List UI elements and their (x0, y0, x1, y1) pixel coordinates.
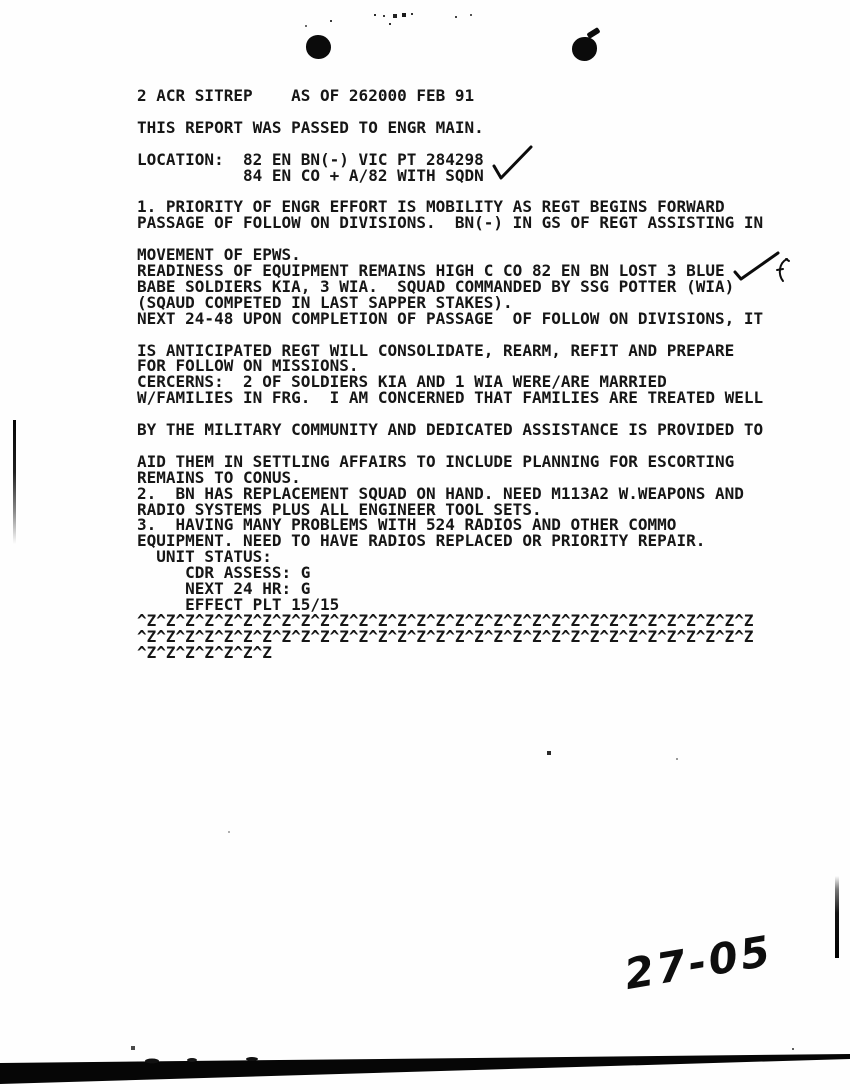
scan-edge-bar-bottom (0, 1050, 850, 1090)
sitrep-body-text: 2 ACR SITREP AS OF 262000 FEB 91 THIS RE… (137, 88, 763, 661)
scan-edge-line-right (835, 876, 839, 958)
pen-stroke-icon (774, 257, 792, 285)
ink-dot-icon (306, 35, 331, 59)
scan-edge-line-left (13, 420, 16, 544)
check-icon (488, 141, 536, 181)
scan-specks (0, 0, 2, 2)
handwritten-page-number: 27-05 (621, 926, 776, 999)
scanned-sitrep-page: 2 ACR SITREP AS OF 262000 FEB 91 THIS RE… (0, 0, 850, 1090)
ink-dot-icon (572, 37, 597, 61)
